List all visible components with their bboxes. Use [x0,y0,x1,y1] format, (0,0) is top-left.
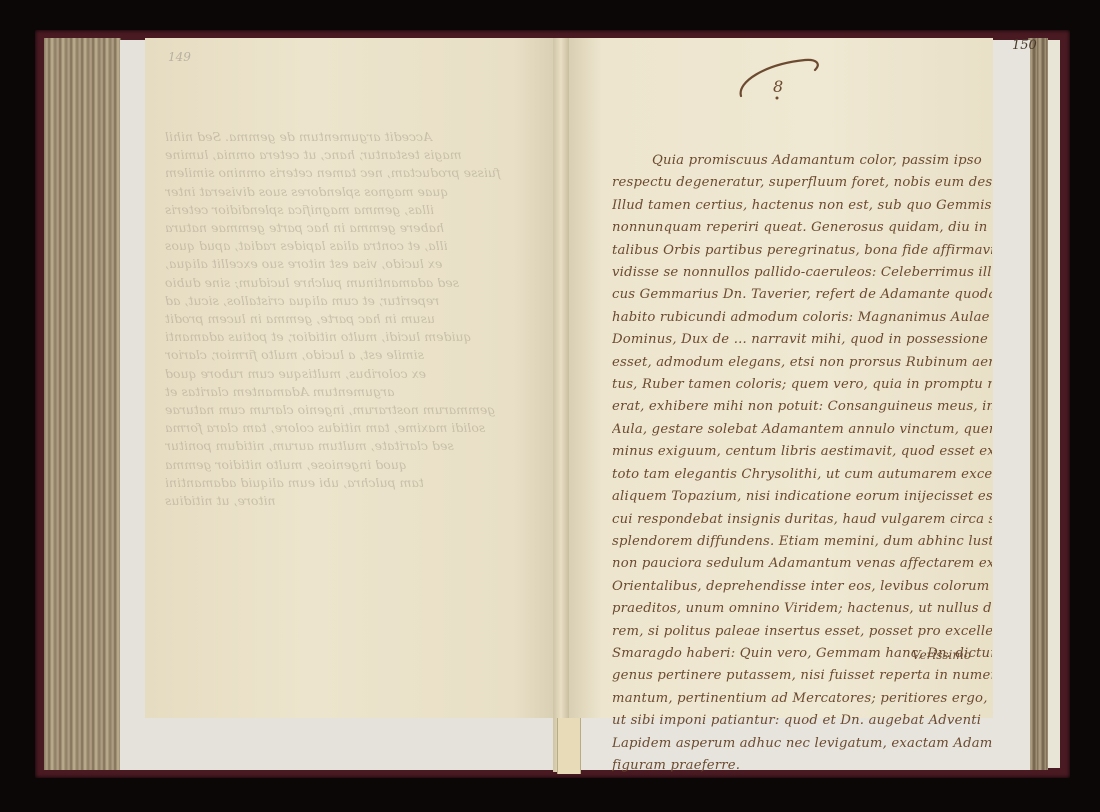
bleed-through-line: simile est, a lucido, multo firmior, cla… [165,346,540,364]
manuscript-line: ut sibi imponi patiantur: quod et Dn. au… [612,710,992,732]
catchword: Verissimo [912,648,971,662]
manuscript-line: vidisse se nonnullos pallido-caeruleos: … [612,262,992,284]
bleed-through-line: illa, et contra alias lapides radiat, ap… [165,237,540,255]
manuscript-line: figuram praeferre. [612,755,992,777]
manuscript-line: non pauciora sedulum Adamantum venas aff… [612,553,992,575]
left-page-bleed-through-text: Accedit argumentum de gemma. Sed nihilma… [165,128,540,510]
bleed-through-line: tam pulchra, ubi eum aliquid adamantini [165,474,540,492]
bleed-through-line: argumentum Adamantem claritas et [165,383,540,401]
manuscript-line: Illud tamen certius, hactenus non est, s… [612,195,992,217]
manuscript-line: Aula, gestare solebat Adamantem annulo v… [612,419,992,441]
manuscript-line: praeditos, unum omnino Viridem; hactenus… [612,598,992,620]
svg-text:8: 8 [773,77,783,96]
bleed-through-line: sed adamantinum pulchre lucidum; sine du… [165,274,540,292]
bleed-through-line: ex lucido, visa est nitore suo excellit … [165,255,540,273]
manuscript-line: Orientalibus, deprehendisse inter eos, l… [612,576,992,598]
bleed-through-line: illas, gemma magnifica splendidior ceter… [165,201,540,219]
bleed-through-line: fuisse productam, nec tamen ceteris omni… [165,164,540,182]
manuscript-line: erat, exhibere mihi non potuit: Consangu… [612,396,992,418]
bleed-through-line: quod ingeniose, multo nitidior gemma [165,456,540,474]
manuscript-line: cui respondebat insignis duritas, haud v… [612,509,992,531]
manuscript-line: genus pertinere putassem, nisi fuisset r… [612,665,992,687]
gutter-guard-strip [557,718,581,774]
bleed-through-line: ex coloribus, multisque cum rubore quod [165,365,540,383]
manuscript-line: Quia promiscuus Adamantum color, passim … [612,150,992,172]
manuscript-line: habito rubicundi admodum coloris: Magnan… [612,307,992,329]
manuscript-line: minus exiguum, centum libris aestimavit,… [612,441,992,463]
manuscript-line: talibus Orbis partibus peregrinatus, bon… [612,240,992,262]
manuscript-line: Dominus, Dux de ... narravit mihi, quod … [612,329,992,351]
bleed-through-line: solidi maxime, tam nitidus colore, tam c… [165,419,540,437]
manuscript-line: respectu degeneratur, superfluum foret, … [612,172,992,194]
manuscript-line: nonnunquam reperiri queat. Generosus qui… [612,217,992,239]
bleed-through-line: gemmarum nostrarum, ingenio clarum cum n… [165,401,540,419]
bleed-through-line: sed claritate, multum aurum, nitidum pon… [165,437,540,455]
left-page-edges [44,38,121,770]
manuscript-line: tus, Ruber tamen coloris; quem vero, qui… [612,374,992,396]
manuscript-line: esset, admodum elegans, etsi non prorsus… [612,352,992,374]
manuscript-line: rem, si politus paleae insertus esset, p… [612,621,992,643]
manuscript-line: toto tam elegantis Chrysolithi, ut cum a… [612,464,992,486]
bleed-through-line: quae magnos splendores suos diviserat in… [165,183,540,201]
bleed-through-line: reperitur, et cum aliqua cristallos, sic… [165,292,540,310]
right-page-edges [1028,38,1048,770]
bleed-through-line: habere gemma in hac parte gemmae natura [165,219,540,237]
manuscript-line: Lapidem asperum adhuc nec levigatum, exa… [612,733,992,755]
book-gutter [553,38,569,772]
bleed-through-line: magis testantur, hanc, ut cetera omnia, … [165,146,540,164]
bleed-through-line: quidem lucidi, multo nitidior, et potius… [165,328,540,346]
bleed-through-line: usum in hac parte, gemma in lucem prodit [165,310,540,328]
manuscript-line: aliquem Topazium, nisi indicatione eorum… [612,486,992,508]
section-mark-flourish-icon: 8 [735,52,825,102]
right-endpaper [1048,40,1060,768]
manuscript-line: splendorem diffundens. Etiam memini, dum… [612,531,992,553]
bleed-through-line: Accedit argumentum de gemma. Sed nihil [165,128,540,146]
bleed-through-line: nitore, ut nitidius [165,492,540,510]
left-folio-number: 149 [168,50,191,64]
folio-number: 150 [1012,38,1037,53]
manuscript-line: mantum, pertinentium ad Mercatores; peri… [612,688,992,710]
manuscript-body-text: Quia promiscuus Adamantum color, passim … [612,150,992,777]
manuscript-line: cus Gemmarius Dn. Taverier, refert de Ad… [612,284,992,306]
